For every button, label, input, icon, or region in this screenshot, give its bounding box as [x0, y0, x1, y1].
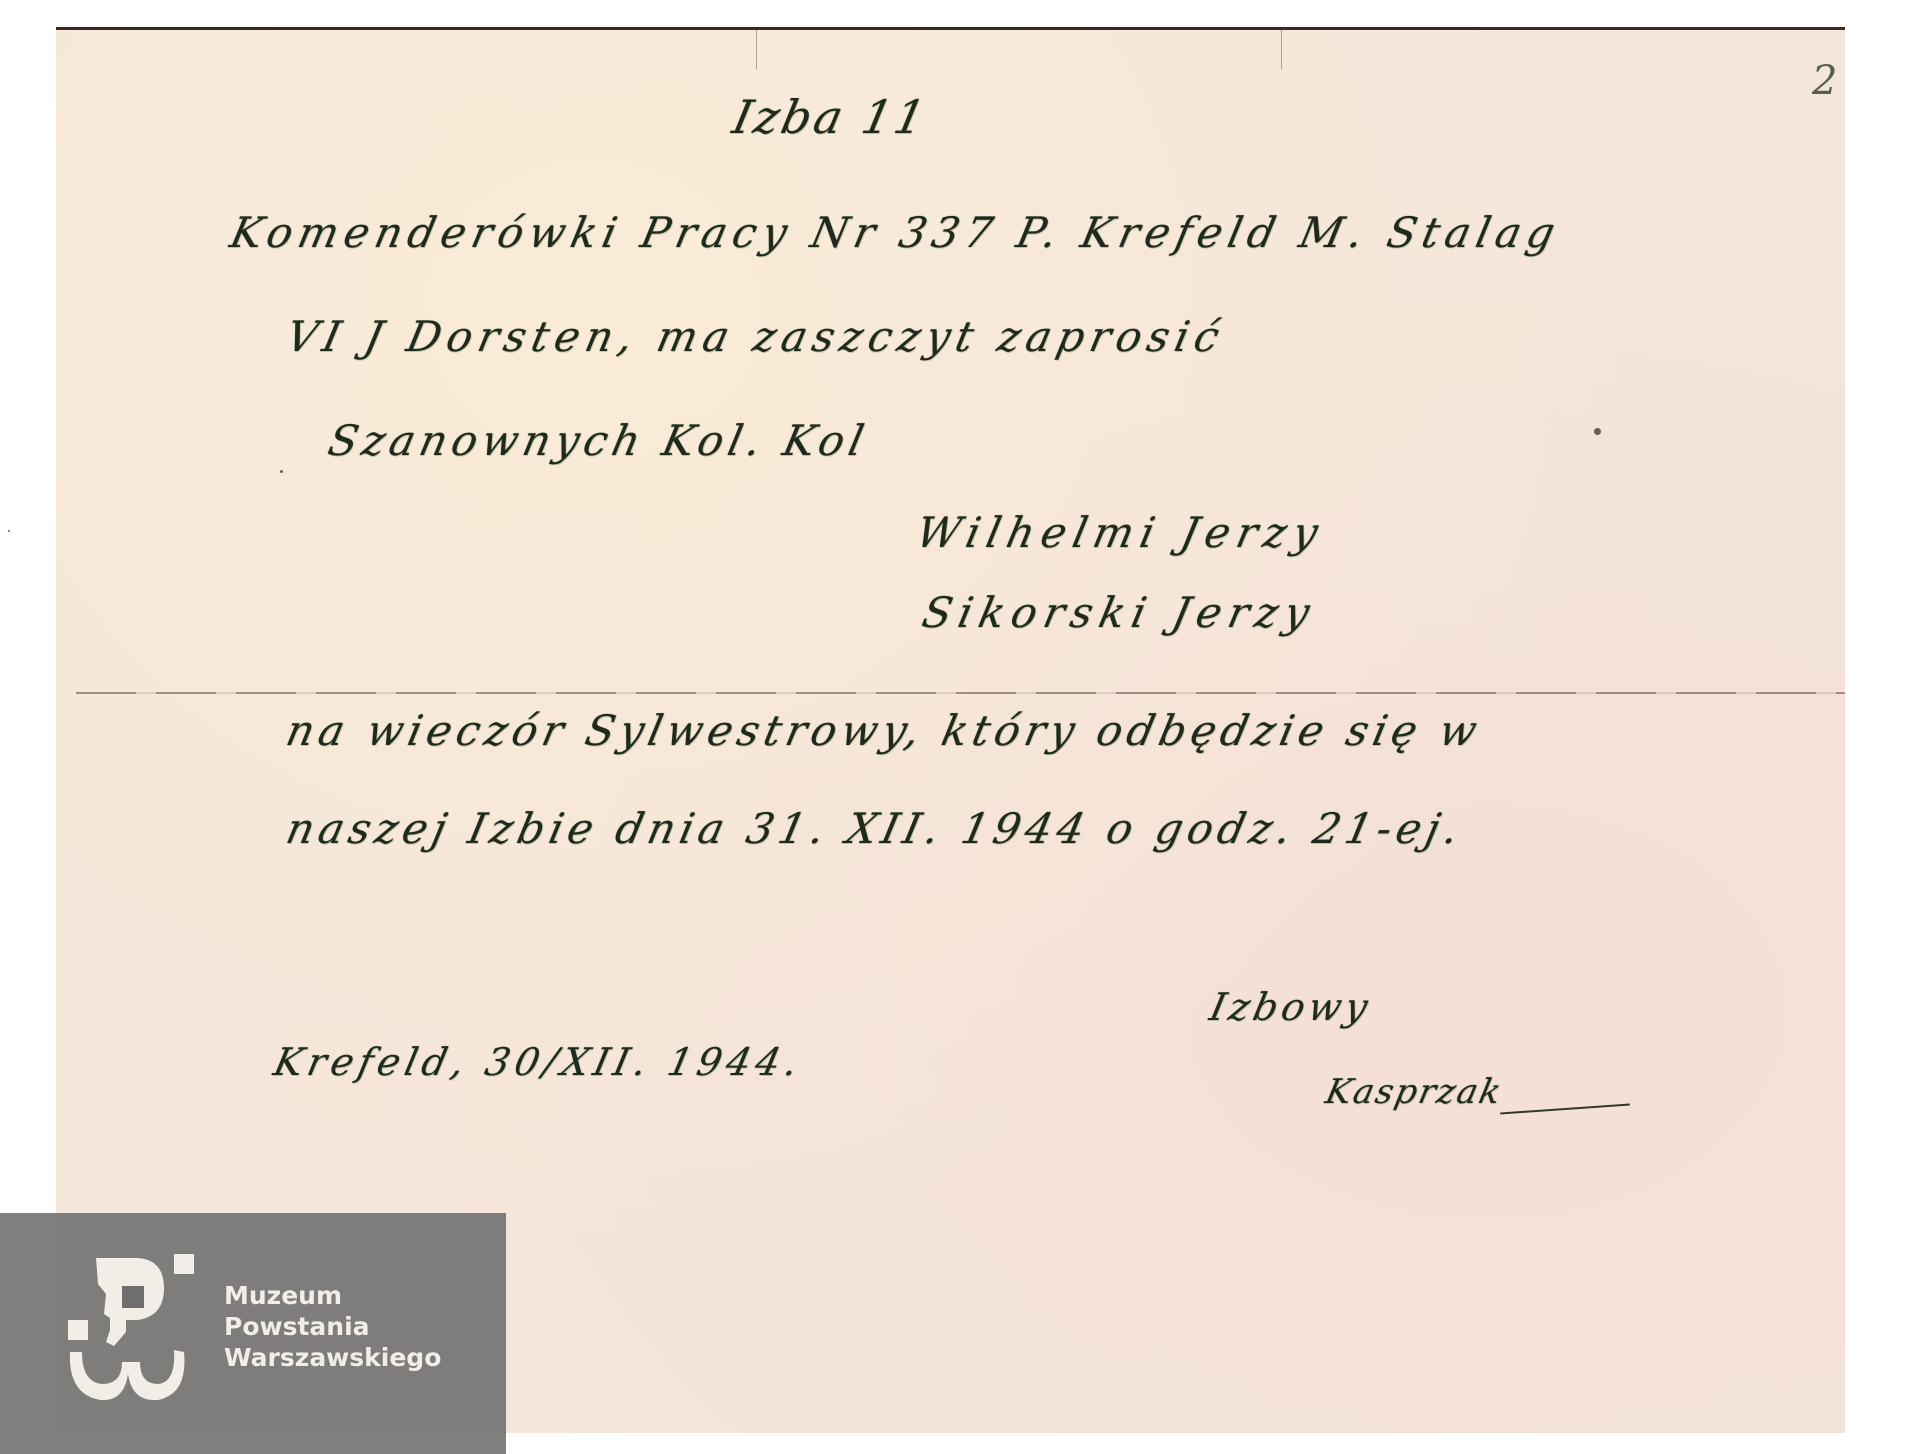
body-line-2: VI J Dorsten, ma zaszczyt zaprosić [282, 312, 1230, 361]
ink-speck [280, 470, 283, 473]
closing-line-1: na wieczór Sylwestrowy, który odbędzie s… [282, 706, 1486, 755]
signature: Kasprzak [1322, 1072, 1506, 1112]
closing-line-2: naszej Izbie dnia 31. XII. 1944 o godz. … [282, 804, 1468, 853]
invitee-2: Sikorski Jerzy [918, 588, 1321, 637]
body-line-1: Komenderówki Pracy Nr 337 P. Krefeld M. … [226, 208, 1565, 257]
ink-speck [1594, 428, 1601, 435]
museum-name: Muzeum Powstania Warszawskiego [224, 1280, 441, 1373]
invitee-1: Wilhelmi Jerzy [912, 508, 1329, 557]
place-and-date: Krefeld, 30/XII. 1944. [270, 1040, 807, 1084]
body-line-3: Szanownych Kol. Kol [324, 416, 873, 465]
fold-mark [1281, 29, 1282, 69]
paper-top-edge [56, 27, 1845, 30]
header-izba: Izba 11 [728, 90, 933, 144]
fold-mark [756, 29, 757, 69]
signature-title: Izbowy [1206, 985, 1376, 1029]
horizontal-fold-line [76, 692, 1845, 694]
museum-name-line-2: Powstania [224, 1311, 441, 1342]
museum-name-line-1: Muzeum [224, 1280, 441, 1311]
ink-speck [8, 530, 10, 532]
page-number-mark: 2 [1812, 58, 1837, 104]
museum-name-line-3: Warszawskiego [224, 1342, 441, 1373]
kotwica-anchor-logo-icon [66, 1254, 206, 1404]
